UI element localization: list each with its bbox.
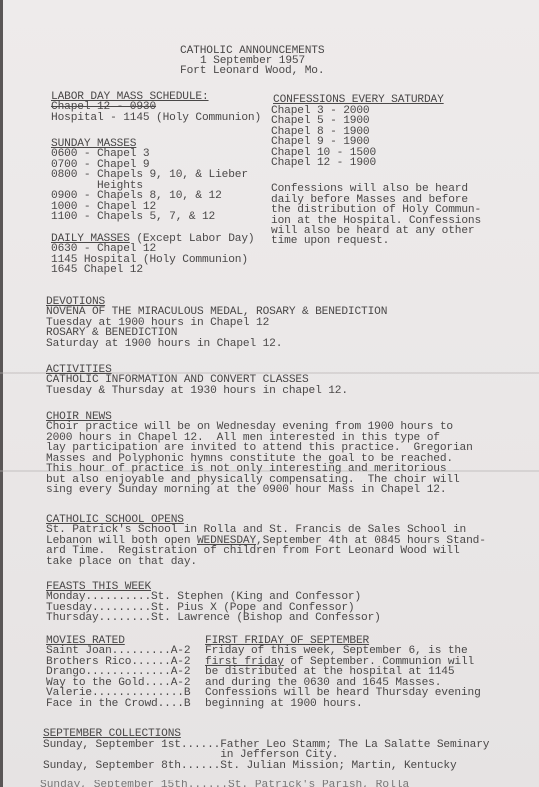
feast-line: Monday..........St. Stephen (King and Co… [46, 592, 361, 603]
school-line: St. Patrick's School in Rolla and St. Fr… [46, 525, 466, 536]
movie-line: Valerie..............B [46, 688, 190, 699]
collections-heading: SEPTEMBER COLLECTIONS [43, 729, 181, 740]
document-location: Fort Leonard Wood, Mo. [180, 66, 324, 77]
first-friday-line: beginning at 1900 hours. [205, 699, 363, 710]
activity-line: Tuesday & Thursday at 1930 hours in chap… [46, 386, 348, 397]
confession-note-line: the distribution of Holy Commun- [271, 205, 481, 216]
choir-line: lay participation are invited to attend … [46, 443, 473, 454]
devotion-line: ROSARY & BENEDICTION [46, 328, 177, 339]
feast-line: Thursday........St. Lawrence (Bishop and… [46, 613, 381, 624]
confession-note-line: time upon request. [271, 236, 389, 247]
collection-line: Sunday, September 8th......St. Julian Mi… [43, 761, 457, 772]
devotion-line: NOVENA OF THE MIRACULOUS MEDAL, ROSARY &… [46, 307, 387, 318]
collection-line: in Jefferson City. [43, 750, 338, 761]
sunday-mass-line: 0600 - Chapel 3 [51, 149, 149, 160]
confession-line: Chapel 5 - 1900 [271, 116, 369, 127]
choir-line: This hour of practice is not only intere… [46, 464, 446, 475]
daily-mass-line: 1645 Chapel 12 [51, 265, 143, 276]
movie-line: Face in the Crowd....B [46, 699, 190, 710]
confession-line: Chapel 12 - 1900 [271, 158, 376, 169]
confessions-heading: CONFESSIONS EVERY SATURDAY [273, 95, 444, 106]
movie-line: Drango.............A-2 [46, 667, 190, 678]
confession-line: Chapel 9 - 1900 [271, 137, 369, 148]
sunday-mass-line: 0800 - Chapels 9, 10, & Lieber [51, 170, 248, 181]
sunday-mass-line: 1100 - Chapels 5, 7, & 12 [51, 212, 215, 223]
choir-line: sing every Sunday morning at the 0900 ho… [46, 485, 446, 496]
labor-day-line: Chapel 12 - 0930 [51, 102, 156, 113]
first-friday-line: Confessions will be heard Thursday eveni… [205, 688, 481, 699]
first-friday-line: be distributed at the hospital at 1145 [205, 667, 454, 678]
sunday-mass-line: 0900 - Chapels 8, 10, & 12 [51, 191, 222, 202]
confession-note-line: Confessions will also be heard [271, 184, 468, 195]
movie-line: Saint Joan.........A-2 [46, 646, 190, 657]
scanned-page: CATHOLIC ANNOUNCEMENTS 1 September 1957 … [0, 0, 539, 787]
labor-day-line: Hospital - 1145 (Holy Communion) [51, 113, 261, 124]
activity-line: CATHOLIC INFORMATION AND CONVERT CLASSES [46, 375, 309, 386]
school-line: ard Time. Registration of children from … [46, 546, 460, 557]
collection-line-cut-off: Sunday, September 15th......St. Patrick'… [40, 780, 409, 787]
devotion-line: Saturday at 1900 hours in Chapel 12. [46, 339, 282, 350]
daily-mass-line: 0630 - Chapel 12 [51, 244, 156, 255]
choir-line: Choir practice will be on Wednesday even… [46, 422, 453, 433]
school-line: take place on that day. [46, 557, 197, 568]
first-friday-line: Friday of this week, September 6, is the [205, 646, 468, 657]
